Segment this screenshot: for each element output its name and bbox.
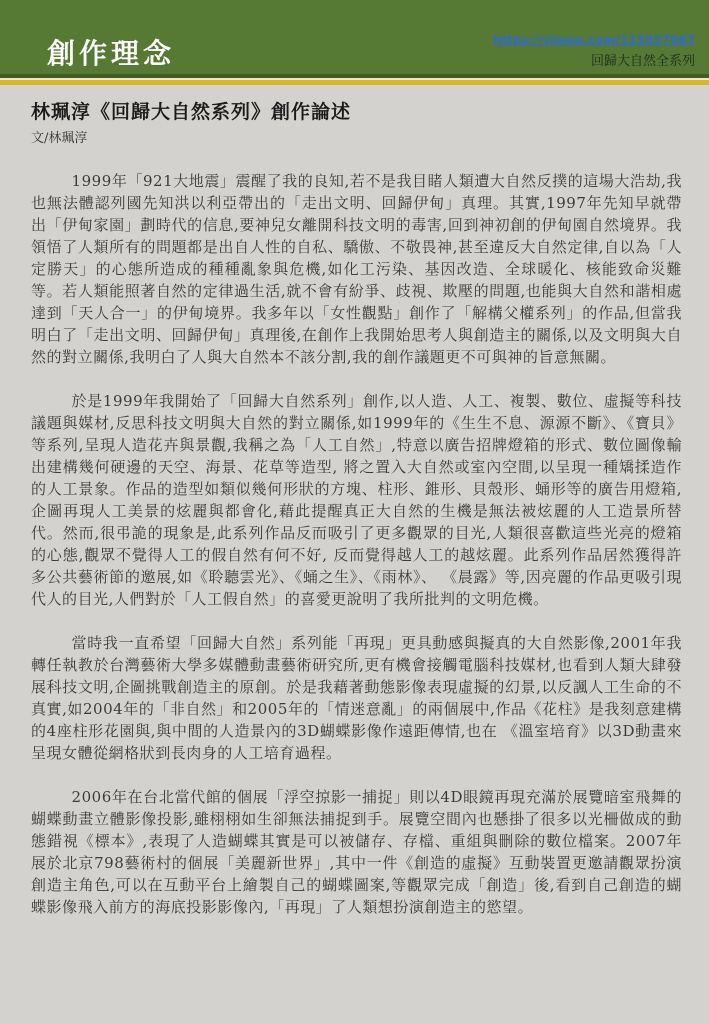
article-paragraph: 當時我一直希望「回歸大自然」系列能「再現」更具動感與擬真的大自然影像,2001年… <box>31 632 682 764</box>
vimeo-link[interactable]: https://vimeo.com/115857067 <box>493 33 695 47</box>
article-paragraph: 1999年「921大地震」震醒了我的良知,若不是我目睹人類遭大自然反撲的這場大浩… <box>31 170 682 368</box>
article-body: 1999年「921大地震」震醒了我的良知,若不是我目睹人類遭大自然反撲的這場大浩… <box>31 170 682 918</box>
series-label: 回歸大自然全系列 <box>493 53 695 72</box>
header-right-block: https://vimeo.com/115857067 回歸大自然全系列 <box>493 27 695 72</box>
article-paragraph: 2006年在台北當代館的個展「浮空掠影一捕捉」則以4D眼鏡再現充滿於展覽暗室飛舞… <box>31 786 682 918</box>
article-title: 林珮淳《回歸大自然系列》創作論述 <box>31 97 682 124</box>
article-byline: 文/林珮淳 <box>31 127 682 146</box>
article-paragraph: 於是1999年我開始了「回歸大自然系列」創作,以人造、人工、複製、數位、虛擬等科… <box>31 390 682 610</box>
article: 林珮淳《回歸大自然系列》創作論述 文/林珮淳 1999年「921大地震」震醒了我… <box>0 85 709 918</box>
page-header: 創作理念 https://vimeo.com/115857067 回歸大自然全系… <box>0 0 709 74</box>
page-title: 創作理念 <box>47 32 175 72</box>
